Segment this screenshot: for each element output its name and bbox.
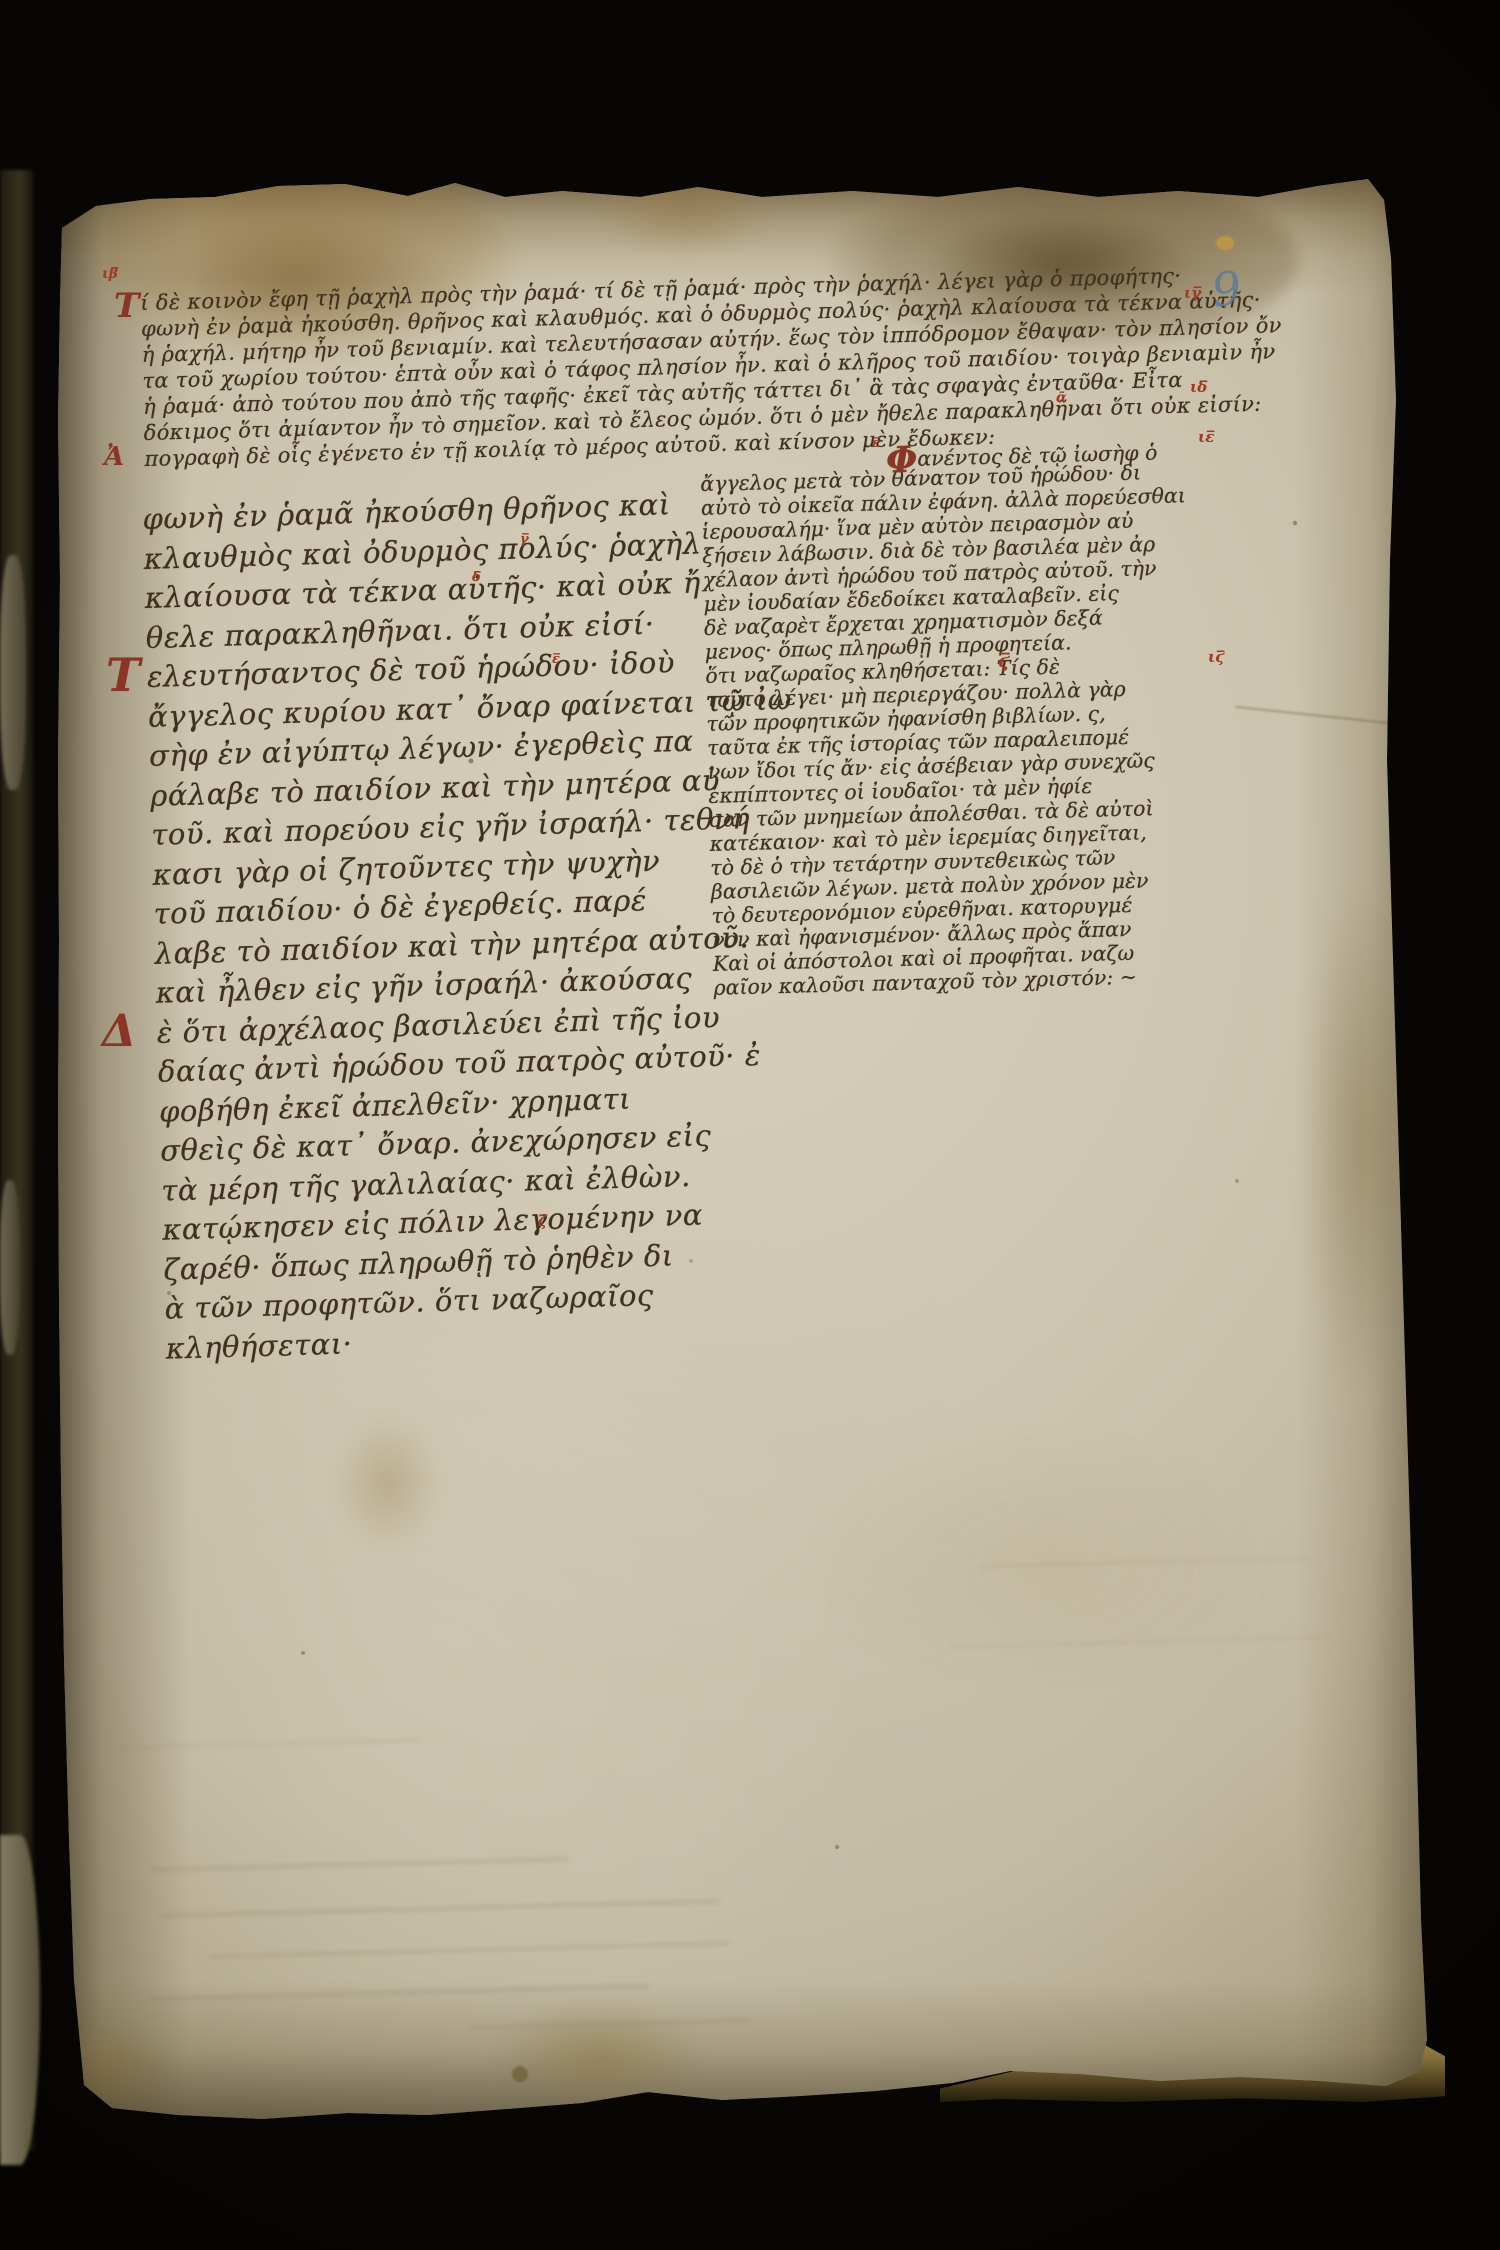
commentary-first-line-text: ανέντος δὲ τῷ ἰωσὴφ ὁ bbox=[917, 440, 1158, 470]
show-through-streak bbox=[160, 1899, 720, 1919]
manuscript-photo: { "manuscript": { "description": "Greek … bbox=[0, 0, 1500, 2250]
commentary-column: ἄγγελος μετὰ τὸν θάνατον τοῦ ἡρώδου· δια… bbox=[700, 459, 1199, 1000]
initial-delta-gospel: Δ bbox=[102, 1006, 136, 1057]
stain-bottom-center-dot bbox=[512, 2066, 528, 2082]
stain-top-center bbox=[600, 160, 770, 255]
delta-section-mark: δ̅ bbox=[472, 570, 481, 585]
initial-alpha-line7: Ἀ bbox=[104, 442, 124, 472]
show-through-streak bbox=[210, 1941, 730, 1959]
right-margin-mark-2: ιδ̅ bbox=[1190, 378, 1207, 396]
parchment-page: ί δὲ κοινὸν ἔφη τῇ ῥαχὴλ πρὸς τὴν ῥαμά· … bbox=[0, 0, 1500, 2250]
commentary-stigma-mark: ϛ̅ bbox=[998, 650, 1010, 672]
commentary-epsilon-mark: ε̅ bbox=[872, 436, 880, 451]
stain-right-edge-band bbox=[1305, 900, 1420, 1380]
epsilon-section-mark: ε̅ bbox=[552, 652, 560, 667]
stain-bottom-left bbox=[35, 2025, 175, 2110]
initial-tau-gospel: Τ bbox=[106, 648, 140, 702]
ink-speckles bbox=[0, 0, 2, 2]
stain-below-text bbox=[335, 1415, 440, 1550]
yellow-fleck bbox=[1216, 236, 1234, 250]
zeta-section-mark: ζ̅ bbox=[538, 1212, 547, 1230]
initial-tau-top: Τ bbox=[114, 286, 139, 326]
commentary-initial-phi: Φ bbox=[885, 439, 917, 482]
right-margin-mark-1: ιγ̅ bbox=[1184, 284, 1201, 302]
commentary-first-line: Φανέντος δὲ τῷ ἰωσὴφ ὁ bbox=[885, 432, 1157, 481]
right-margin-mark-3: ιε̅ bbox=[1198, 428, 1214, 446]
show-through-streak bbox=[150, 1857, 570, 1873]
alpha-section-mark: ᾱ bbox=[1056, 390, 1067, 406]
gamma-section-mark: γ̅ bbox=[520, 532, 529, 547]
spine-page-edge-highlight-3 bbox=[0, 1835, 40, 2165]
right-margin-mark-4: ιϛ̅ bbox=[1208, 648, 1224, 666]
left-margin-section-mark: ιβ̅ bbox=[102, 266, 118, 282]
spine-page-edge-highlight-1 bbox=[0, 555, 26, 790]
spine-page-edge-highlight-2 bbox=[0, 1180, 20, 1355]
